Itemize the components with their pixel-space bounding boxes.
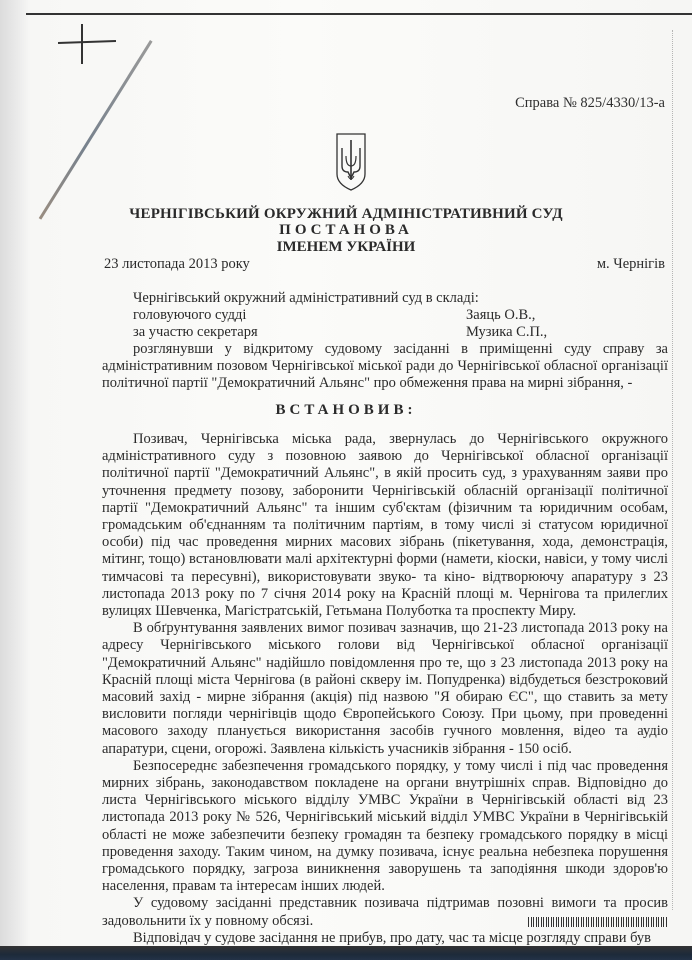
composition-name: Заяць О.В.,	[466, 307, 535, 324]
in-name-of: ІМЕНЕМ УКРАЇНИ	[0, 239, 692, 256]
paragraph: В обґрунтування заявлених вимог позивач …	[102, 620, 668, 758]
court-name: ЧЕРНІГІВСЬКИЙ ОКРУЖНИЙ АДМІНІСТРАТИВНИЙ …	[0, 206, 692, 223]
paragraph: Відповідач у судове засідання не прибув,…	[102, 930, 668, 947]
case-number: Справа № 825/4330/13-а	[515, 95, 665, 112]
paragraph: Безпосереднє забезпечення громадського п…	[102, 758, 668, 896]
composition-lead: Чернігівський окружний адміністративний …	[133, 290, 673, 307]
page-edge-line	[26, 13, 692, 15]
handwritten-mark	[58, 40, 116, 44]
composition-role: за участю секретаря	[133, 324, 466, 341]
document-city: м. Чернігів	[597, 256, 665, 273]
scan-artifact	[672, 30, 676, 910]
scanned-page: Справа № 825/4330/13-а ЧЕРНІГІВСЬКИЙ ОКР…	[0, 0, 692, 960]
intro-block: розглянувши у відкритому судовому засіда…	[102, 341, 668, 393]
court-composition: Чернігівський окружний адміністративний …	[133, 290, 673, 341]
composition-name: Музика С.П.,	[466, 324, 547, 341]
composition-row: головуючого судді Заяць О.В.,	[133, 307, 673, 324]
paragraph: Позивач, Чернігівська міська рада, зверн…	[102, 431, 668, 620]
composition-role: головуючого судді	[133, 307, 466, 324]
coat-of-arms-icon	[335, 132, 367, 192]
pen-stroke	[39, 40, 153, 220]
handwritten-mark	[81, 24, 83, 64]
composition-row: за участю секретаря Музика С.П.,	[133, 324, 673, 341]
barcode	[528, 917, 668, 927]
intro-paragraph: розглянувши у відкритому судовому засіда…	[102, 341, 668, 393]
main-text: Позивач, Чернігівська міська рада, зверн…	[102, 431, 668, 947]
document-date: 23 листопада 2013 року	[104, 256, 250, 273]
scan-edge	[0, 946, 692, 960]
document-type: ПОСТАНОВА	[0, 222, 692, 239]
section-heading: ВСТАНОВИВ:	[0, 402, 692, 419]
